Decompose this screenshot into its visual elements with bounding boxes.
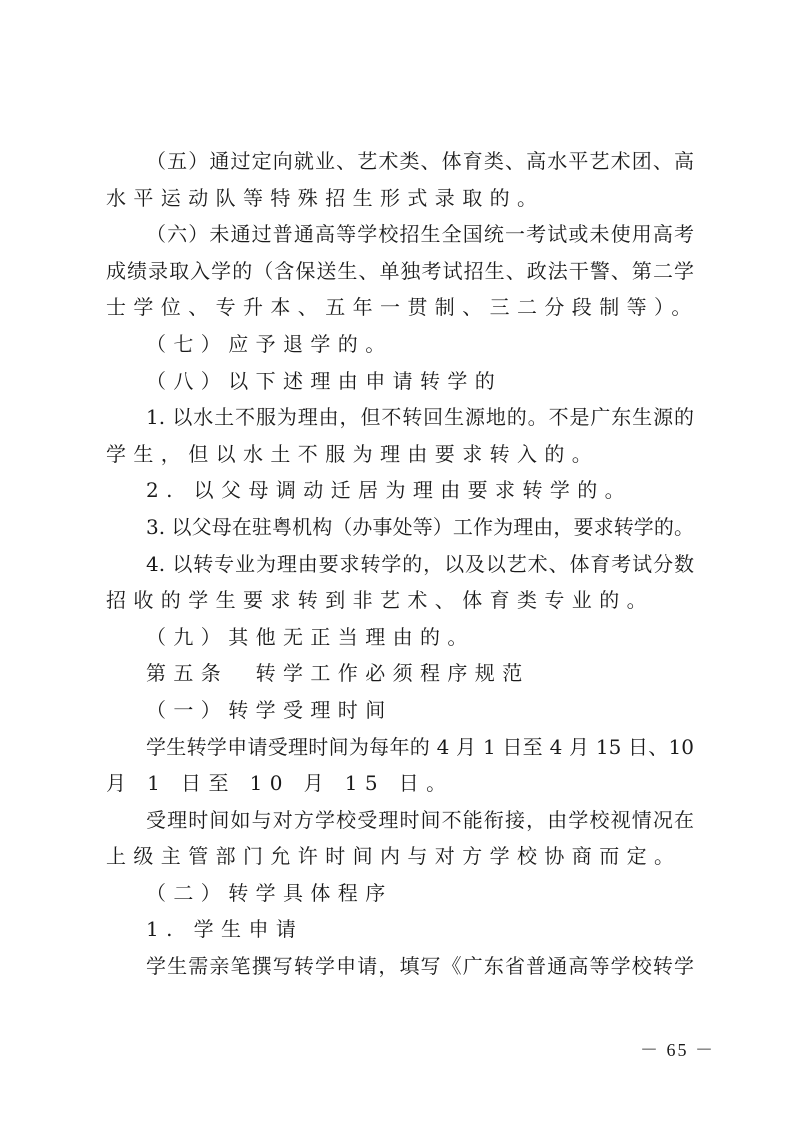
paragraph-line: 学生转学申请受理时间为每年的 4 月 1 日至 4 月 15 日、10 (106, 729, 694, 766)
paragraph-line: 士学位、专升本、五年一贯制、三二分段制等）。 (106, 289, 694, 326)
paragraph-line: （七）应予退学的。 (106, 326, 694, 363)
paragraph-line: 上级主管部门允许时间内与对方学校协商而定。 (106, 838, 694, 875)
paragraph-line: 受理时间如与对方学校受理时间不能衔接，由学校视情况在 (106, 802, 694, 839)
paragraph-line: 3. 以父母在驻粤机构（办事处等）工作为理由，要求转学的。 (106, 509, 694, 546)
paragraph-line: （九）其他无正当理由的。 (106, 619, 694, 656)
page-number: － 65 － (640, 1036, 715, 1062)
paragraph-line: 学生，但以水土不服为理由要求转入的。 (106, 436, 694, 473)
paragraph-line: （一）转学受理时间 (106, 692, 694, 729)
document-body: （五）通过定向就业、艺术类、体育类、高水平艺术团、高 水平运动队等特殊招生形式录… (106, 143, 694, 985)
section-heading: 第五条 转学工作必须程序规范 (106, 655, 694, 692)
paragraph-line: 月 1 日至 10 月 15 日。 (106, 765, 694, 802)
paragraph-line: 2. 以父母调动迁居为理由要求转学的。 (106, 472, 694, 509)
paragraph-line: （八）以下述理由申请转学的 (106, 363, 694, 400)
paragraph-line: 1. 以水土不服为理由，但不转回生源地的。不是广东生源的 (106, 399, 694, 436)
paragraph-line: （五）通过定向就业、艺术类、体育类、高水平艺术团、高 (106, 143, 694, 180)
paragraph-line: 招收的学生要求转到非艺术、体育类专业的。 (106, 582, 694, 619)
paragraph-line: 1. 学生申请 (106, 911, 694, 948)
paragraph-line: 水平运动队等特殊招生形式录取的。 (106, 180, 694, 217)
paragraph-line: 成绩录取入学的（含保送生、单独考试招生、政法干警、第二学 (106, 253, 694, 290)
paragraph-line: （六）未通过普通高等学校招生全国统一考试或未使用高考 (106, 216, 694, 253)
paragraph-line: （二）转学具体程序 (106, 875, 694, 912)
paragraph-line: 4. 以转专业为理由要求转学的，以及以艺术、体育考试分数 (106, 546, 694, 583)
paragraph-line: 学生需亲笔撰写转学申请，填写《广东省普通高等学校转学 (106, 948, 694, 985)
